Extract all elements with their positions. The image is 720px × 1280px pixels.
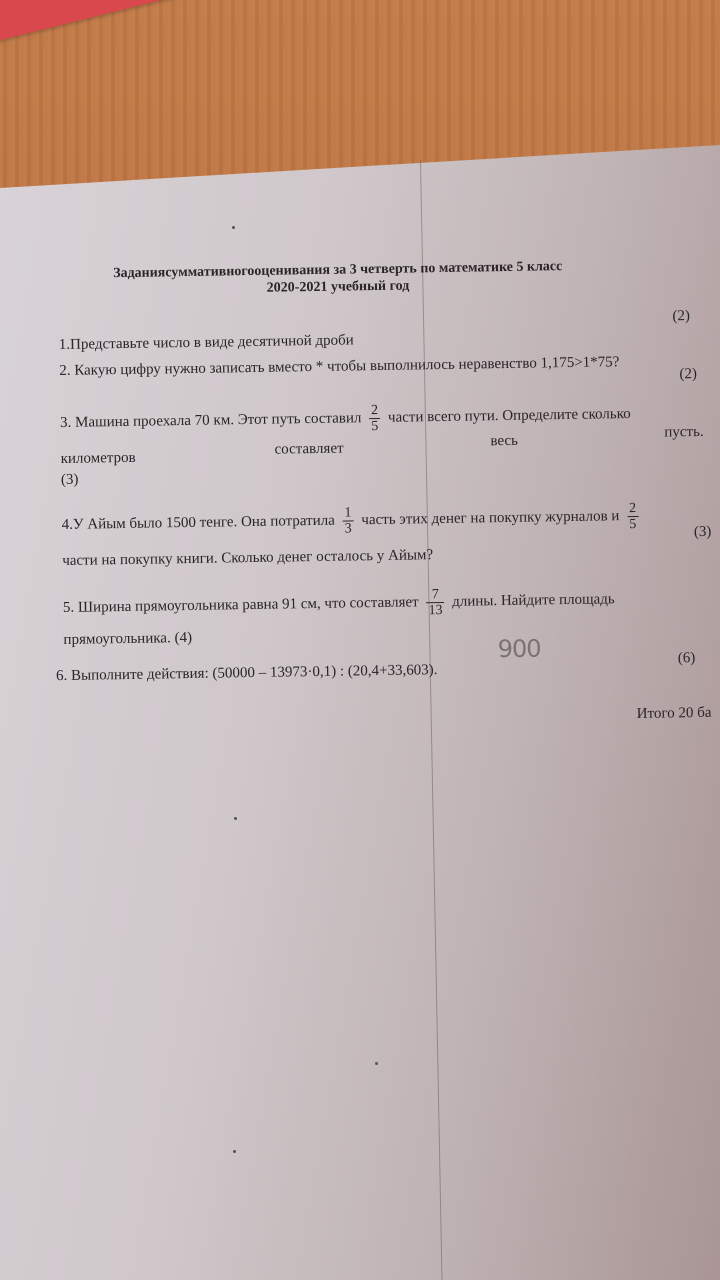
task-4-points: (3) [694, 524, 712, 541]
task-3-word-3: весь [490, 433, 518, 450]
task-1-number: 1. [59, 337, 70, 353]
task-4-line-2: части на покупку книги. Сколько денег ос… [62, 547, 433, 570]
task-6: 6. Выполните действия: (50000 – 13973·0,… [56, 662, 438, 685]
task-2-text: Какую цифру нужно записать вместо * чтоб… [74, 354, 619, 379]
task-3-points: (3) [61, 472, 79, 489]
task-3-text-before: Машина проехала 70 км. Этот путь состави… [75, 410, 362, 430]
document-title: Заданиясуммативногооценивания за 3 четве… [58, 257, 618, 300]
task-4-line-1: 4.У Айым было 1500 тенге. Она потратила … [61, 501, 642, 541]
task-4-number: 4. [62, 517, 73, 533]
task-4-text-before: У Айым было 1500 тенге. Она потратила [73, 513, 335, 533]
task-5-text-after: длины. Найдите площадь [452, 591, 615, 610]
task-6-text: Выполните действия: (50000 – 13973·0,1) … [71, 662, 438, 684]
handwritten-answer: 900 [497, 634, 540, 663]
task-3-word-2: составляет [274, 441, 343, 459]
task-5-line-1: 5. Ширина прямоугольника равна 91 см, чт… [63, 584, 615, 624]
paper-speck [233, 1150, 236, 1153]
task-6-number: 6. [56, 668, 67, 684]
task-3-number: 3. [60, 415, 71, 431]
paper-speck [375, 1062, 378, 1065]
task-4-fraction-2: 2 5 [627, 501, 638, 532]
task-5-text-before: Ширина прямоугольника равна 91 см, что с… [78, 594, 419, 615]
task-4-text-middle: часть этих денег на покупку журналов и [361, 508, 619, 528]
task-1: 1.Представьте число в виде десятичной др… [59, 332, 354, 354]
task-5-number: 5. [63, 600, 74, 616]
task-5-fraction: 7 13 [426, 587, 444, 618]
task-2: 2. Какую цифру нужно записать вместо * ч… [59, 354, 619, 380]
task-3-line-1: 3. Машина проехала 70 км. Этот путь сост… [60, 399, 631, 439]
task-3-word-1: километров [61, 450, 136, 468]
task-3-text-after: части всего пути. Определите сколько [388, 406, 631, 426]
task-2-points: (2) [679, 366, 697, 383]
paper-speck [232, 226, 235, 229]
paper-speck [234, 817, 237, 820]
task-6-points: (6) [678, 650, 696, 667]
task-3-fraction: 2 5 [369, 403, 380, 434]
task-2-number: 2. [59, 363, 70, 379]
total-score: Итого 20 ба [637, 705, 712, 723]
task-1-points: (2) [672, 308, 690, 325]
task-5-line-2: прямоугольника. (4) [63, 630, 192, 649]
exam-content: Заданиясуммативногооценивания за 3 четве… [0, 0, 720, 1280]
task-3-word-4: пусть. [664, 424, 704, 442]
task-1-text: Представьте число в виде десятичной дроб… [70, 332, 354, 352]
task-4-fraction-1: 1 3 [342, 505, 353, 536]
